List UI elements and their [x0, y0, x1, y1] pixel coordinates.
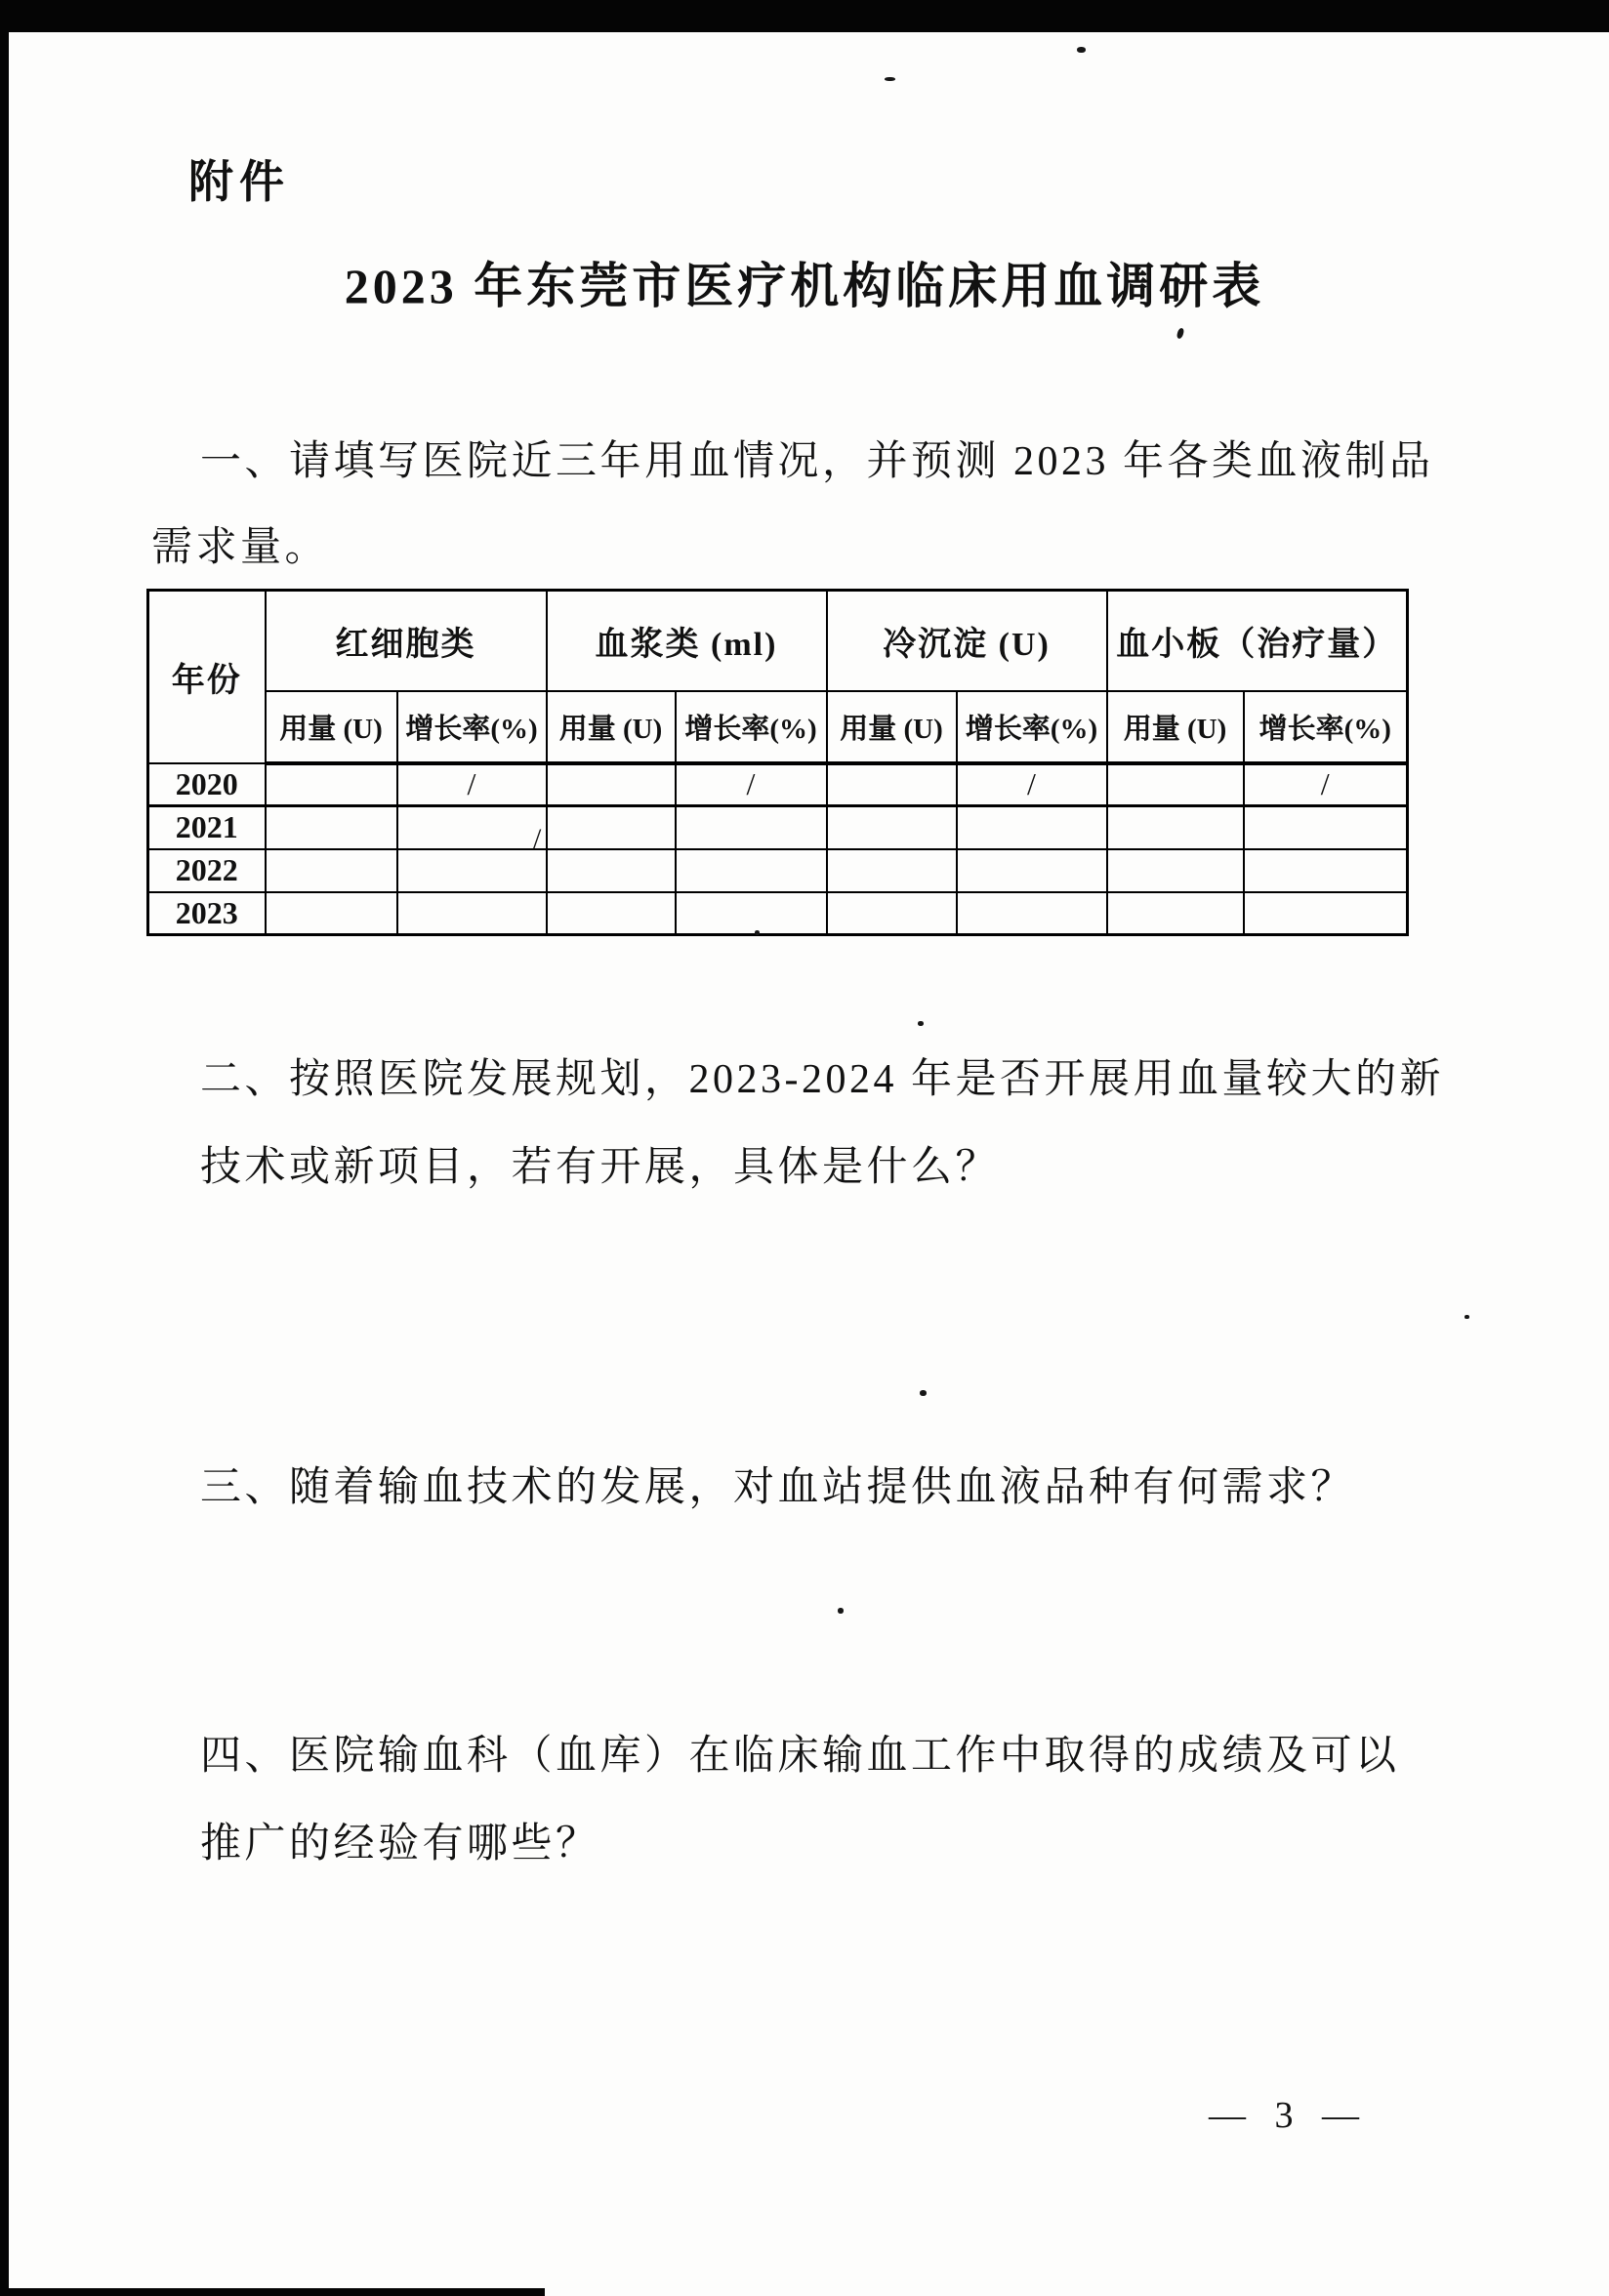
usage-header: 用量 (U) [266, 691, 397, 763]
table-row-2022: 2022 [148, 849, 1408, 892]
usage-header: 用量 (U) [547, 691, 676, 763]
question-1-line-1: 一、请填写医院近三年用血情况，并预测 2023 年各类血液制品 [200, 441, 1434, 482]
scan-noise-speck [1176, 327, 1184, 339]
scan-edge-left [0, 0, 9, 2296]
data-cell [676, 849, 827, 892]
scan-edge-bottom [0, 2288, 545, 2296]
table-sub-header-row: 用量 (U) 增长率(%) 用量 (U) 增长率(%) 用量 (U) 增长率(%… [148, 691, 1408, 763]
scanned-document-page: 附件 2023 年东莞市医疗机构临床用血调研表 一、请填写医院近三年用血情况，并… [0, 0, 1609, 2296]
data-cell: / [1244, 763, 1408, 806]
data-cell [266, 892, 397, 935]
data-cell [1107, 892, 1244, 935]
year-column-header: 年份 [148, 591, 266, 763]
growth-header: 增长率(%) [957, 691, 1107, 763]
group-header-platelets: 血小板（治疗量） [1107, 591, 1408, 691]
group-header-cryoprecipitate: 冷沉淀 (U) [827, 591, 1107, 691]
data-cell [827, 806, 957, 849]
growth-header: 增长率(%) [397, 691, 547, 763]
scan-noise-speck [755, 930, 760, 935]
growth-header: 增长率(%) [676, 691, 827, 763]
data-cell [1107, 806, 1244, 849]
data-cell [397, 849, 547, 892]
data-cell [957, 892, 1107, 935]
data-cell [547, 849, 676, 892]
group-header-red-cells: 红细胞类 [266, 591, 547, 691]
data-cell [547, 892, 676, 935]
scan-edge-top [0, 0, 1609, 32]
scan-stray-mark: / [533, 825, 541, 854]
scan-noise-speck [918, 1021, 924, 1026]
data-cell [1244, 849, 1408, 892]
data-cell [547, 763, 676, 806]
data-cell [266, 806, 397, 849]
group-header-plasma: 血浆类 (ml) [547, 591, 827, 691]
data-cell [266, 763, 397, 806]
year-cell: 2021 [148, 806, 266, 849]
table-row-2021: 2021 [148, 806, 1408, 849]
data-cell [397, 806, 547, 849]
year-cell: 2020 [148, 763, 266, 806]
data-cell [676, 892, 827, 935]
data-cell [1107, 849, 1244, 892]
usage-header: 用量 (U) [1107, 691, 1244, 763]
data-cell [397, 892, 547, 935]
year-cell: 2023 [148, 892, 266, 935]
scan-noise-speck [1465, 1315, 1469, 1319]
scan-noise-speck [885, 77, 895, 81]
question-4-line-1: 四、医院输血科（血库）在临床输血工作中取得的成绩及可以 [200, 1736, 1400, 1777]
data-cell: / [397, 763, 547, 806]
data-cell [957, 806, 1107, 849]
question-1-line-2: 需求量。 [151, 527, 329, 568]
blood-usage-table: 年份 红细胞类 血浆类 (ml) 冷沉淀 (U) 血小板（治疗量） 用量 (U)… [146, 589, 1409, 936]
data-cell [547, 806, 676, 849]
usage-header: 用量 (U) [827, 691, 957, 763]
data-cell [1244, 892, 1408, 935]
scan-noise-speck [920, 1390, 927, 1396]
data-cell [1107, 763, 1244, 806]
data-cell [827, 892, 957, 935]
data-cell [266, 849, 397, 892]
data-cell [827, 849, 957, 892]
page-number: — 3 — [1209, 2097, 1369, 2134]
table-row-2020: 2020 / / / / [148, 763, 1408, 806]
question-2-line-1: 二、按照医院发展规划，2023-2024 年是否开展用血量较大的新 [200, 1059, 1444, 1100]
question-4-line-2: 推广的经验有哪些？ [200, 1824, 600, 1865]
question-3-line-1: 三、随着输血技术的发展，对血站提供血液品种有何需求？ [200, 1467, 1355, 1508]
scan-noise-speck [1077, 47, 1086, 53]
year-cell: 2022 [148, 849, 266, 892]
scan-noise-speck [838, 1608, 844, 1614]
data-cell [676, 806, 827, 849]
attachment-label: 附件 [188, 159, 290, 204]
data-cell [957, 849, 1107, 892]
question-2-line-2: 技术或新项目，若有开展，具体是什么？ [200, 1147, 1000, 1188]
growth-header: 增长率(%) [1244, 691, 1408, 763]
data-cell: / [957, 763, 1107, 806]
document-title: 2023 年东莞市医疗机构临床用血调研表 [0, 262, 1609, 310]
data-cell [1244, 806, 1408, 849]
table-row-2023: 2023 [148, 892, 1408, 935]
data-cell [827, 763, 957, 806]
data-cell: / [676, 763, 827, 806]
table-group-header-row: 年份 红细胞类 血浆类 (ml) 冷沉淀 (U) 血小板（治疗量） [148, 591, 1408, 691]
